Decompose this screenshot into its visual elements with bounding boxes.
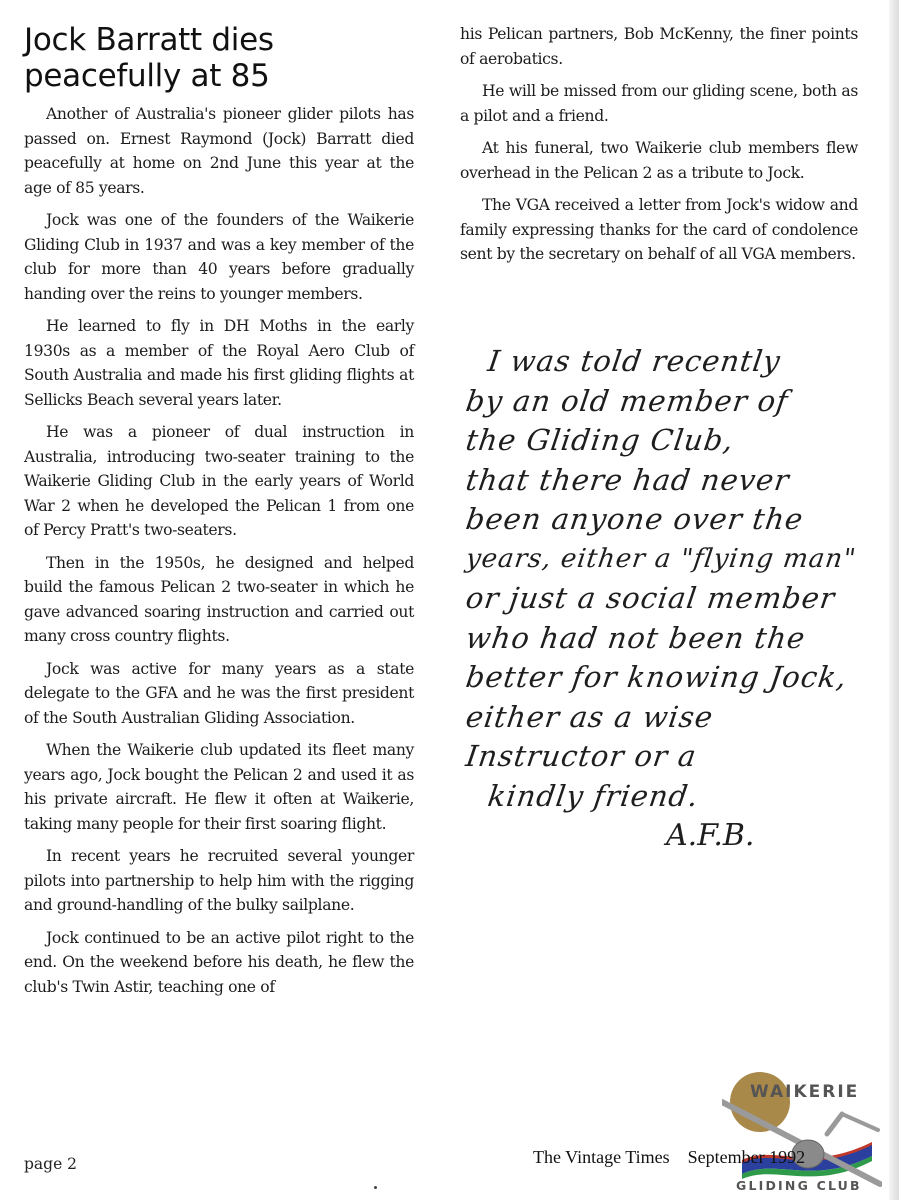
handwritten-line: Instructor or a: [463, 737, 889, 777]
logo-bottom-text: GLIDING CLUB: [736, 1178, 862, 1193]
headline-line-1: Jock Barratt dies: [24, 22, 274, 58]
article-paragraph: Then in the 1950s, he designed and helpe…: [24, 551, 414, 649]
article-left-column: Jock Barratt dies peacefully at 85 Anoth…: [24, 22, 414, 1007]
handwritten-line: or just a social member: [463, 579, 889, 619]
publication-name: The Vintage Times: [533, 1147, 670, 1167]
article-paragraph: Jock was active for many years as a stat…: [24, 657, 414, 731]
article-paragraph: He was a pioneer of dual instruction in …: [24, 420, 414, 543]
article-paragraph: In recent years he recruited several you…: [24, 844, 414, 918]
handwritten-line: either as a wise: [463, 698, 889, 738]
issue-date: September 1992: [688, 1147, 805, 1167]
article-paragraph: He will be missed from our gliding scene…: [460, 79, 858, 128]
logo-top-text: WAIKERIE: [750, 1082, 859, 1102]
handwritten-signature: A.F.B.: [466, 818, 886, 853]
handwritten-line: who had not been the: [463, 619, 889, 659]
scan-speck: [374, 1186, 377, 1189]
headline-line-2: peacefully at 85: [24, 58, 270, 94]
article-paragraph: When the Waikerie club updated its fleet…: [24, 738, 414, 836]
article-paragraph: Jock continued to be an active pilot rig…: [24, 926, 414, 1000]
article-paragraph: The VGA received a letter from Jock's wi…: [460, 193, 858, 267]
handwritten-line: by an old member of: [463, 382, 889, 422]
handwritten-line: been anyone over the: [463, 500, 889, 540]
page-edge-shadow: [889, 0, 899, 1200]
publication-footer: The Vintage TimesSeptember 1992: [533, 1147, 805, 1168]
article-right-column: his Pelican partners, Bob McKenny, the f…: [460, 22, 858, 275]
handwritten-line: better for knowing Jock,: [463, 658, 889, 698]
article-paragraph: Another of Australia's pioneer glider pi…: [24, 102, 414, 200]
waikerie-gliding-club-logo: WAIKERIE GLIDING CLUB: [722, 1064, 882, 1200]
handwritten-line: the Gliding Club,: [463, 421, 889, 461]
article-paragraph: Jock was one of the founders of the Waik…: [24, 208, 414, 306]
handwritten-line: years, either a "flying man": [463, 540, 889, 580]
handwritten-line: that there had never: [463, 461, 889, 501]
article-paragraph: He learned to fly in DH Moths in the ear…: [24, 314, 414, 412]
handwritten-tribute-note: I was told recently by an old member of …: [466, 342, 886, 853]
page-number: page 2: [24, 1155, 77, 1173]
handwritten-line: kindly friend.: [463, 777, 889, 817]
article-paragraph-continued: his Pelican partners, Bob McKenny, the f…: [460, 22, 858, 71]
handwritten-line: I was told recently: [463, 342, 889, 382]
article-headline: Jock Barratt dies peacefully at 85: [24, 22, 414, 94]
article-paragraph: At his funeral, two Waikerie club member…: [460, 136, 858, 185]
